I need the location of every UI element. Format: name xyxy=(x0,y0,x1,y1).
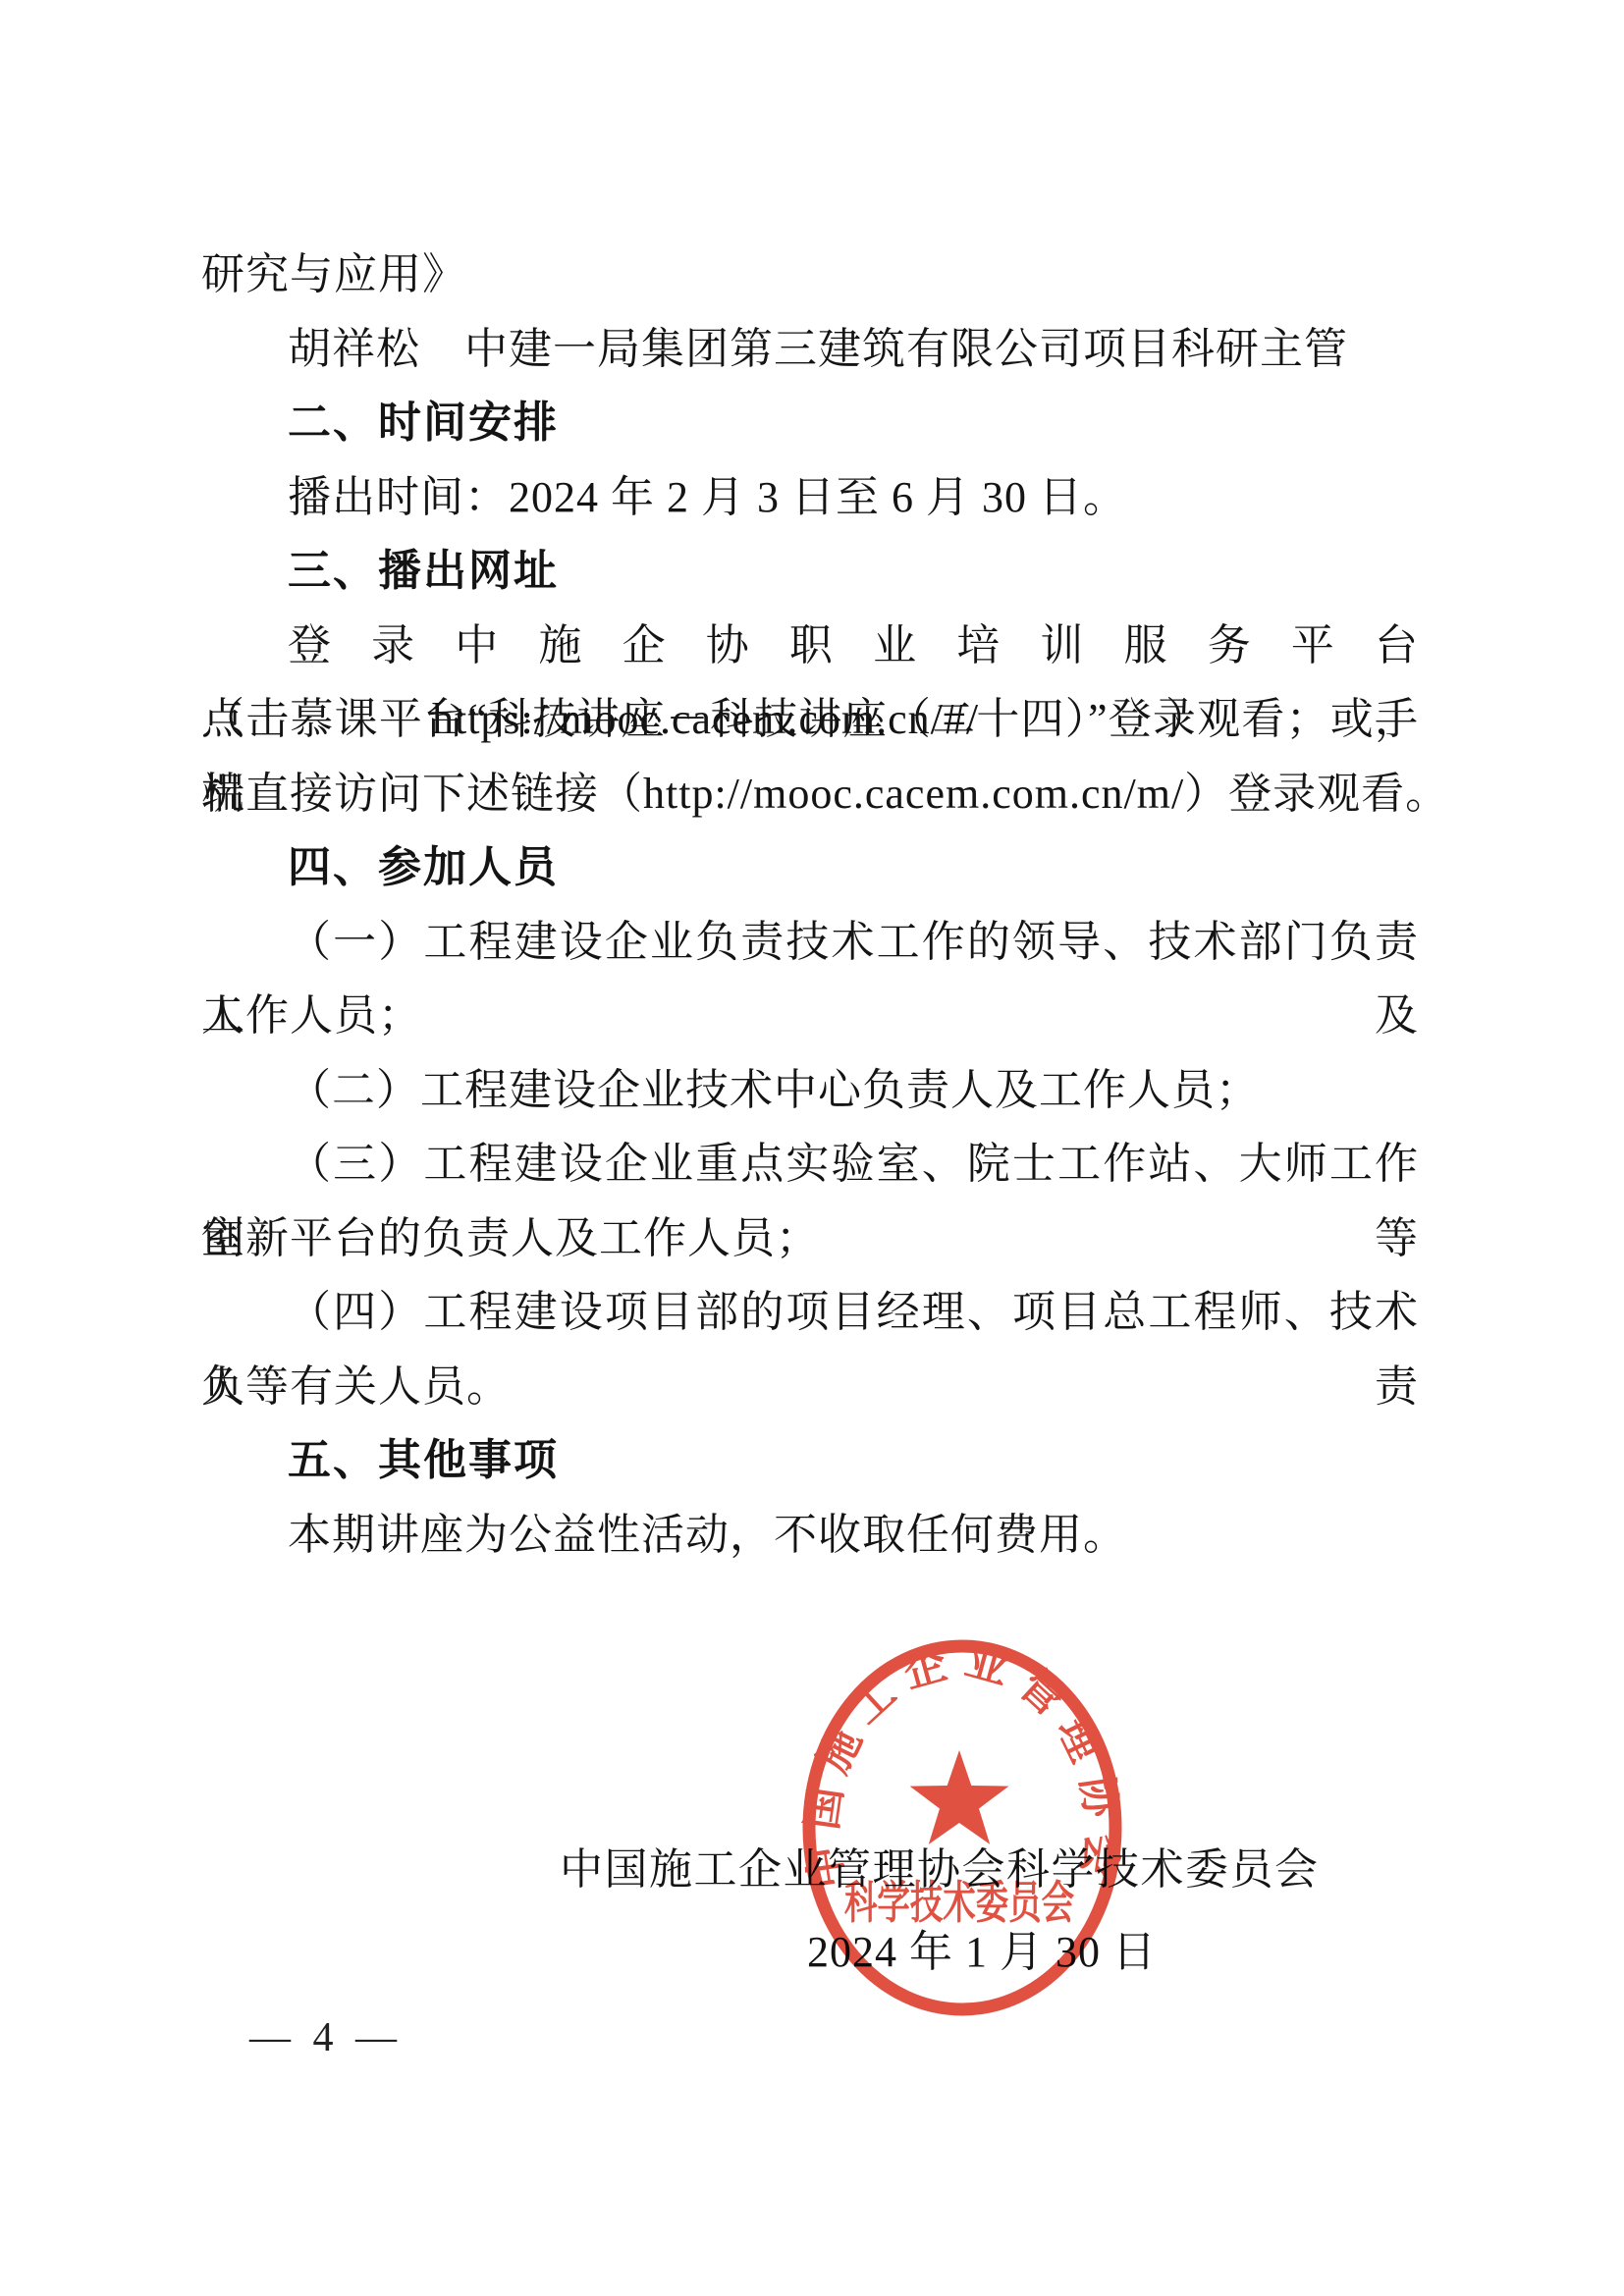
document-body: 研究与应用》 胡祥松 中建一局集团第三建筑有限公司项目科研主管 二、时间安排 播… xyxy=(201,238,1419,1572)
body-line-item-3a: （三）工程建设企业重点实验室、院士工作站、大师工作室等 xyxy=(201,1127,1419,1201)
body-line-item-1a: （一）工程建设企业负责技术工作的领导、技术部门负责人及 xyxy=(201,905,1419,980)
section-heading-url: 三、播出网址 xyxy=(201,534,1419,609)
body-line-continuation: 研究与应用》 xyxy=(201,238,1419,312)
body-line-mobile-url: 端直接访问下述链接（http://mooc.cacem.com.cn/m/）登录… xyxy=(201,757,1419,831)
body-line-item-2: （二）工程建设企业技术中心负责人及工作人员； xyxy=(201,1053,1419,1128)
section-heading-other: 五、其他事项 xyxy=(201,1423,1419,1498)
document-page: 研究与应用》 胡祥松 中建一局集团第三建筑有限公司项目科研主管 二、时间安排 播… xyxy=(0,0,1624,2296)
body-line-lecturer: 胡祥松 中建一局集团第三建筑有限公司项目科研主管 xyxy=(201,312,1419,387)
section-heading-participants: 四、参加人员 xyxy=(201,830,1419,905)
body-line-item-4a: （四）工程建设项目部的项目经理、项目总工程师、技术负责 xyxy=(201,1275,1419,1350)
body-line-platform-url: 登录中施企协职业培训服务平台（https://mooc.cacem.com.cn… xyxy=(201,609,1419,683)
body-line-free-notice: 本期讲座为公益性活动，不收取任何费用。 xyxy=(201,1498,1419,1573)
section-heading-schedule: 二、时间安排 xyxy=(201,386,1419,460)
page-number: — 4 — xyxy=(249,2014,403,2061)
stamp-center-text: 科学技术委员会 xyxy=(844,1877,1074,1928)
official-seal-stamp: 中国施工企业管理协会 科学技术委员会 xyxy=(795,1631,1129,2024)
body-line-broadcast-time: 播出时间：2024 年 2 月 3 日至 6 月 30 日。 xyxy=(201,460,1419,535)
star-icon xyxy=(910,1750,1009,1844)
body-line-mooc-course: 点击慕课平台“科技讲座－科技讲座（二十四）”登录观看；或手机 xyxy=(201,682,1419,757)
